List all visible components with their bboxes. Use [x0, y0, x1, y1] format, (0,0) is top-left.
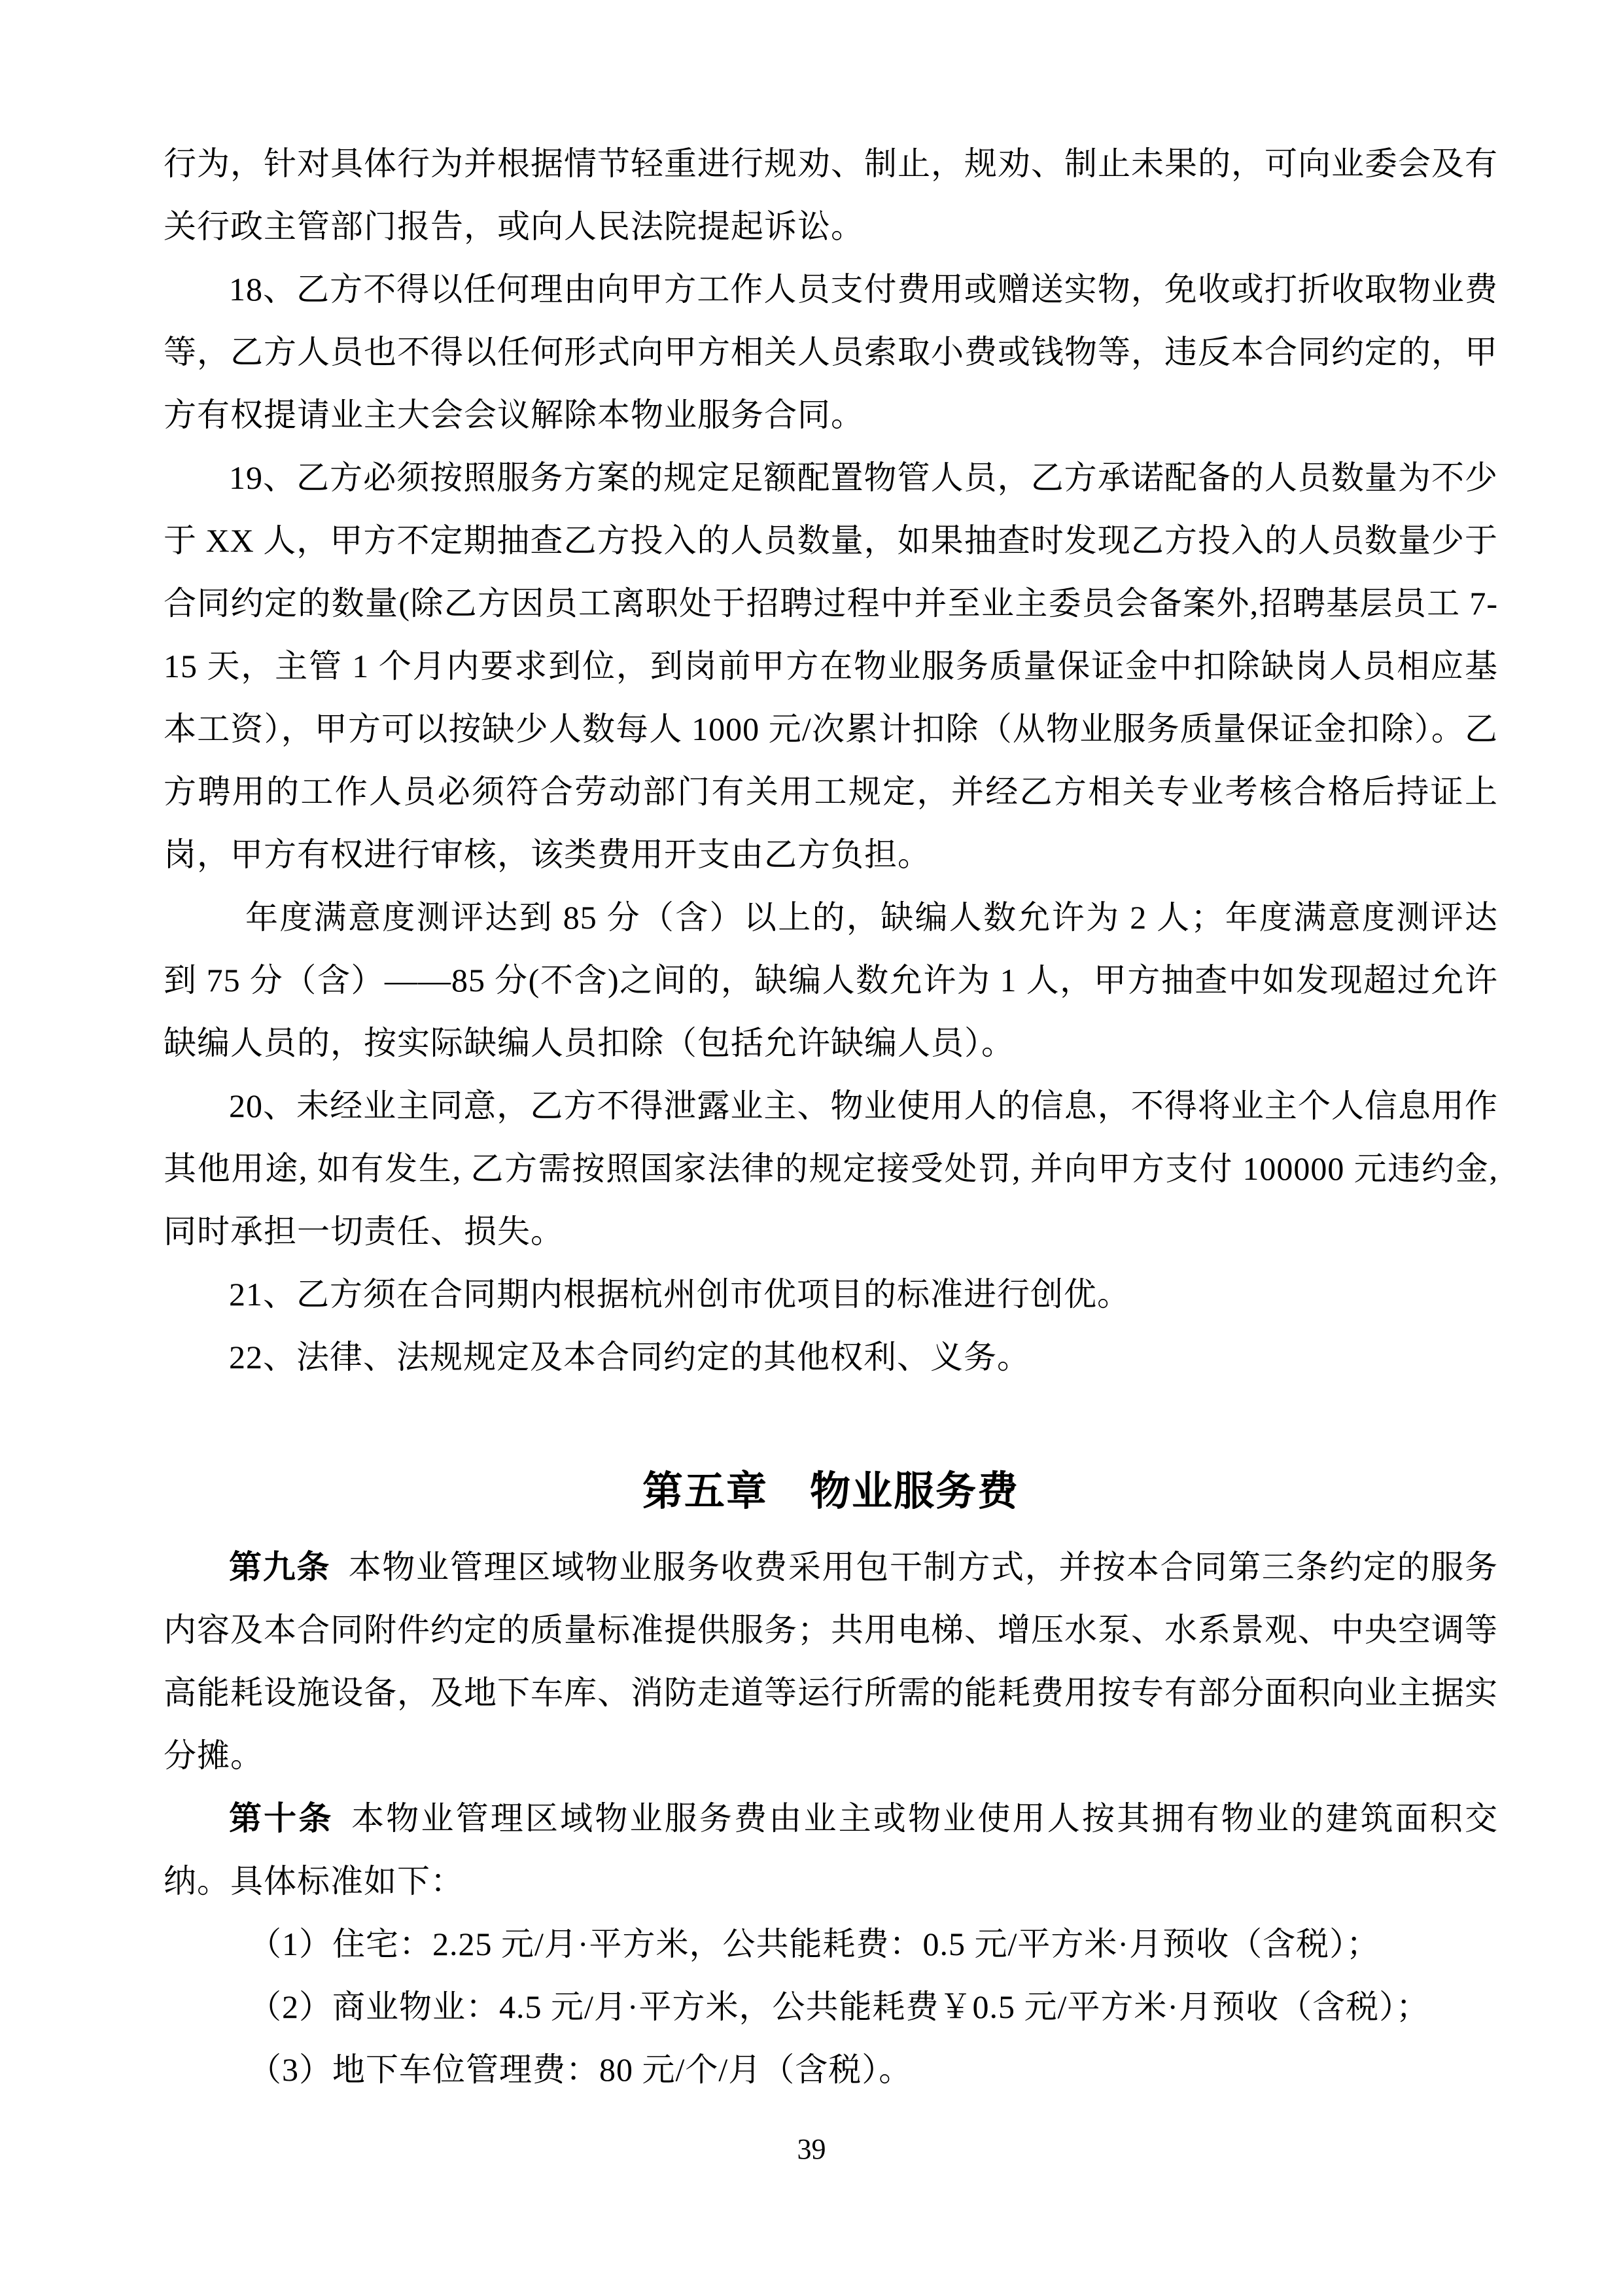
paragraph-clause-18: 18、乙方不得以任何理由向甲方工作人员支付费用或赠送实物，免收或打折收取物业费等… [164, 258, 1498, 446]
fee-item-commercial: （2）商业物业：4.5 元/月·平方米，公共能耗费￥0.5 元/平方米·月预收（… [164, 1975, 1498, 2038]
page-content: 行为，针对具体行为并根据情节轻重进行规劝、制止，规劝、制止未果的，可向业委会及有… [164, 132, 1498, 2101]
paragraph-satisfaction-rating: 年度满意度测评达到 85 分（含）以上的，缺编人数允许为 2 人；年度满意度测评… [164, 886, 1498, 1074]
article-9-label: 第九条 [229, 1549, 330, 1585]
paragraph-clause-21: 21、乙方须在合同期内根据杭州创市优项目的标准进行创优。 [164, 1263, 1498, 1326]
paragraph-continuation: 行为，针对具体行为并根据情节轻重进行规劝、制止，规劝、制止未果的，可向业委会及有… [164, 132, 1498, 258]
fee-item-parking: （3）地下车位管理费：80 元/个/月（含税）。 [164, 2038, 1498, 2101]
paragraph-clause-19: 19、乙方必须按照服务方案的规定足额配置物管人员，乙方承诺配备的人员数量为不少于… [164, 446, 1498, 886]
chapter-heading: 第五章 物业服务费 [164, 1456, 1498, 1528]
page-number: 39 [0, 2130, 1623, 2169]
paragraph-clause-20: 20、未经业主同意，乙方不得泄露业主、物业使用人的信息，不得将业主个人信息用作其… [164, 1074, 1498, 1263]
contract-document-page: 行为，针对具体行为并根据情节轻重进行规劝、制止，规劝、制止未果的，可向业委会及有… [0, 0, 1623, 2296]
article-10-text: 本物业管理区域物业服务费由业主或物业使用人按其拥有物业的建筑面积交纳。具体标准如… [164, 1800, 1498, 1899]
article-10-label: 第十条 [229, 1800, 334, 1837]
paragraph-article-10: 第十条本物业管理区域物业服务费由业主或物业使用人按其拥有物业的建筑面积交纳。具体… [164, 1787, 1498, 1913]
paragraph-article-9: 第九条本物业管理区域物业服务收费采用包干制方式，并按本合同第三条约定的服务内容及… [164, 1536, 1498, 1787]
article-9-text: 本物业管理区域物业服务收费采用包干制方式，并按本合同第三条约定的服务内容及本合同… [164, 1549, 1498, 1774]
paragraph-clause-22: 22、法律、法规规定及本合同约定的其他权利、义务。 [164, 1326, 1498, 1388]
fee-item-residential: （1）住宅：2.25 元/月·平方米，公共能耗费：0.5 元/平方米·月预收（含… [164, 1913, 1498, 1975]
